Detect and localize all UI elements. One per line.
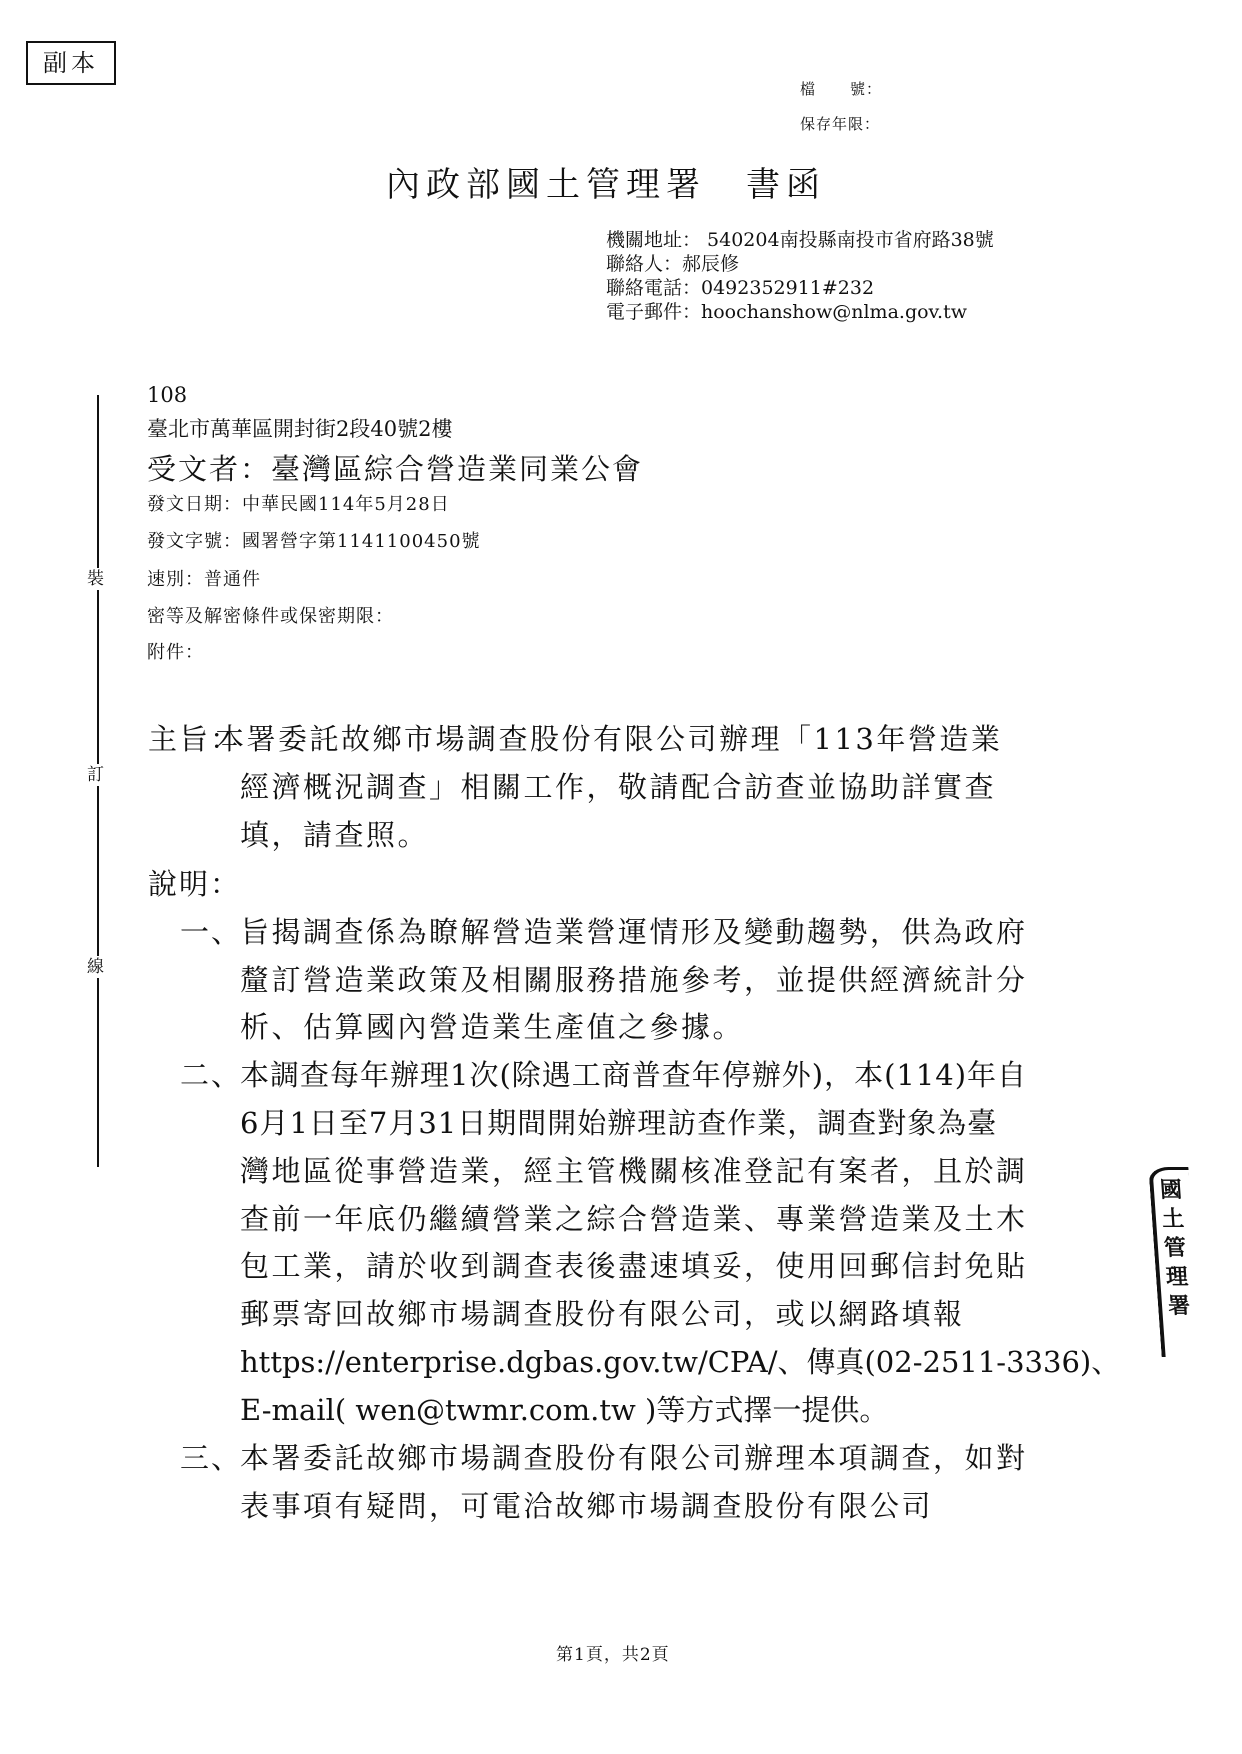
file-number-label-b: 號：	[850, 80, 882, 98]
document-type: 書函	[746, 165, 826, 205]
agency-name: 內政部國土管理署	[386, 165, 706, 205]
binding-mark-staple: 訂	[87, 764, 104, 786]
document-number: 發文字號：國署營字第1141100450號	[147, 527, 481, 553]
copy-stamp: 副本	[26, 41, 116, 85]
retention-period-label: 保存年限：	[800, 113, 880, 134]
item-line: 表事項有疑問，可電洽故鄉市場調查股份有限公司	[240, 1484, 933, 1525]
attachment: 附件：	[147, 638, 204, 664]
page-number: 第1頁，共2頁	[556, 1640, 670, 1665]
official-seal-stamp: 國土管理署	[1148, 1167, 1201, 1357]
item-line: 釐訂營造業政策及相關服務措施參考，並提供經濟統計分	[240, 958, 1028, 999]
seal-glyphs: 國土管理署	[1159, 1176, 1199, 1321]
item-number: 二、	[180, 1053, 242, 1094]
item-line: 本署委託故鄉市場調查股份有限公司辦理本項調查，如對	[240, 1436, 1028, 1477]
item-line: 包工業，請於收到調查表後盡速填妥，使用回郵信封免貼	[240, 1244, 1028, 1285]
file-number-label: 檔號：	[800, 78, 882, 99]
delivery-speed: 速別：普通件	[147, 565, 261, 591]
item-line: 查前一年底仍繼續營業之綜合營造業、專業營造業及土木	[240, 1197, 1028, 1238]
document-title: 內政部國土管理署書函	[386, 157, 826, 206]
recipient-address: 臺北市萬華區開封街2段40號2樓	[147, 413, 452, 443]
binding-mark-line: 線	[87, 956, 104, 978]
description-label: 說明：	[148, 862, 241, 903]
subject-line: 填，請查照。	[240, 813, 429, 854]
recipient-zip: 108	[147, 383, 187, 407]
item-number: 一、	[180, 910, 242, 951]
recipient-name: 受文者：臺灣區綜合營造業同業公會	[147, 447, 643, 488]
item-line: 本調查每年辦理1次(除遇工商普查年停辦外)，本(114)年自	[240, 1053, 1027, 1094]
sender-email: 電子郵件：hoochanshow@nlma.gov.tw	[606, 300, 994, 324]
file-number-label-a: 檔	[800, 80, 816, 98]
item-line: 析、估算國內營造業生產值之參據。	[240, 1005, 744, 1046]
classification: 密等及解密條件或保密期限：	[147, 602, 394, 628]
item-line-url[interactable]: https://enterprise.dgbas.gov.tw/CPA/、傳真(…	[240, 1340, 1120, 1381]
item-number: 三、	[180, 1436, 242, 1477]
item-line-email[interactable]: E-mail( wen@twmr.com.tw )等方式擇一提供。	[240, 1388, 888, 1429]
item-line: 6月1日至7月31日期間開始辦理訪查作業，調查對象為臺	[240, 1101, 997, 1142]
item-line: 旨揭調查係為瞭解營造業營運情形及變動趨勢，供為政府	[240, 910, 1028, 951]
item-line: 灣地區從事營造業，經主管機關核准登記有案者，且於調	[240, 1149, 1028, 1190]
item-line: 郵票寄回故鄉市場調查股份有限公司，或以網路填報	[240, 1292, 965, 1333]
subject-line: 本署委託故鄉市場調查股份有限公司辦理「113年營造業	[215, 717, 1002, 758]
sender-address: 機關地址： 540204南投縣南投市省府路38號	[606, 228, 994, 252]
sender-info: 機關地址： 540204南投縣南投市省府路38號 聯絡人：郝辰修 聯絡電話：04…	[606, 228, 994, 324]
subject-line: 經濟概況調查」相關工作，敬請配合訪查並協助詳實查	[240, 765, 996, 806]
binding-mark-bind: 裝	[87, 568, 104, 590]
sender-phone: 聯絡電話：0492352911#232	[606, 276, 994, 300]
sender-contact: 聯絡人：郝辰修	[606, 252, 994, 276]
issue-date: 發文日期：中華民國114年5月28日	[147, 490, 450, 516]
